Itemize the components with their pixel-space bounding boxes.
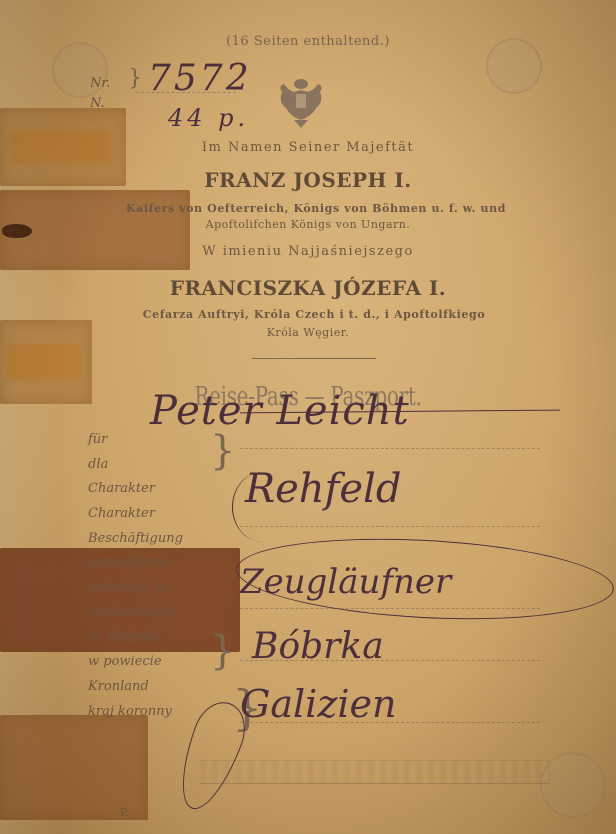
handwritten-occupation: Zeugläufner [240, 562, 451, 602]
handwritten-name: Peter Leicht [150, 388, 410, 434]
label-occupation-pl: zatrudnienie [88, 551, 183, 576]
double-headed-eagle-icon [274, 72, 328, 130]
label-district-de: im Bezirke [88, 626, 183, 651]
bracket: } [210, 628, 235, 674]
label-for-pl: dla [88, 453, 183, 478]
label-character-de: Charakter [88, 477, 183, 502]
monarch-titles-pl-2: Króla Węgier. [0, 326, 616, 339]
fill-line [240, 448, 540, 449]
divider [252, 358, 376, 359]
label-district-pl: w powiecie [88, 650, 183, 675]
handwritten-number-note: 44 p. [168, 104, 249, 132]
label-crownland-de: Kronland [88, 675, 183, 700]
number-label-de: Nr. [90, 76, 110, 91]
number-label-pl: N. [90, 96, 105, 111]
form-labels: für dla Charakter Charakter Beschäftigun… [88, 428, 183, 724]
invocation-de: Im Namen Seiner Majeftät [0, 140, 616, 155]
monarch-titles-de-1: Kaifers von Oefterreich, Königs von Böhm… [86, 202, 546, 215]
label-residence-pl: zamieszkanie [88, 601, 183, 626]
bracket: } [210, 428, 235, 474]
monarch-titles-pl-1: Cefarza Auftryi, Króla Czech i t. d., i … [84, 308, 544, 321]
page-mark: P. [120, 806, 129, 819]
label-character-pl: Charakter [88, 502, 183, 527]
monarch-name-pl: FRANCISZKA JÓZEFA I. [0, 276, 616, 300]
handwritten-crownland: Galizien [240, 682, 396, 726]
label-occupation-de: Beschäftigung [88, 527, 183, 552]
monarch-titles-de-2: Apoftolifchen Königs von Ungarn. [0, 218, 616, 231]
invocation-pl: W imieniu Najjaśniejszego [0, 244, 616, 259]
bracket: } [128, 66, 142, 91]
label-residence-de: wohnhaft zu [88, 576, 183, 601]
ornamental-band [200, 760, 550, 784]
monarch-name-de: FRANZ JOSEPH I. [0, 168, 616, 192]
handwritten-residence: Bóbrka [252, 626, 384, 667]
tape-stain [0, 715, 148, 820]
handwritten-passport-number: 7572 [148, 58, 252, 99]
page-count-note: (16 Seiten enthaltend.) [0, 34, 616, 49]
handwritten-place: Rehfeld [245, 466, 401, 512]
label-crownland-pl: kraj koronny [88, 700, 183, 725]
